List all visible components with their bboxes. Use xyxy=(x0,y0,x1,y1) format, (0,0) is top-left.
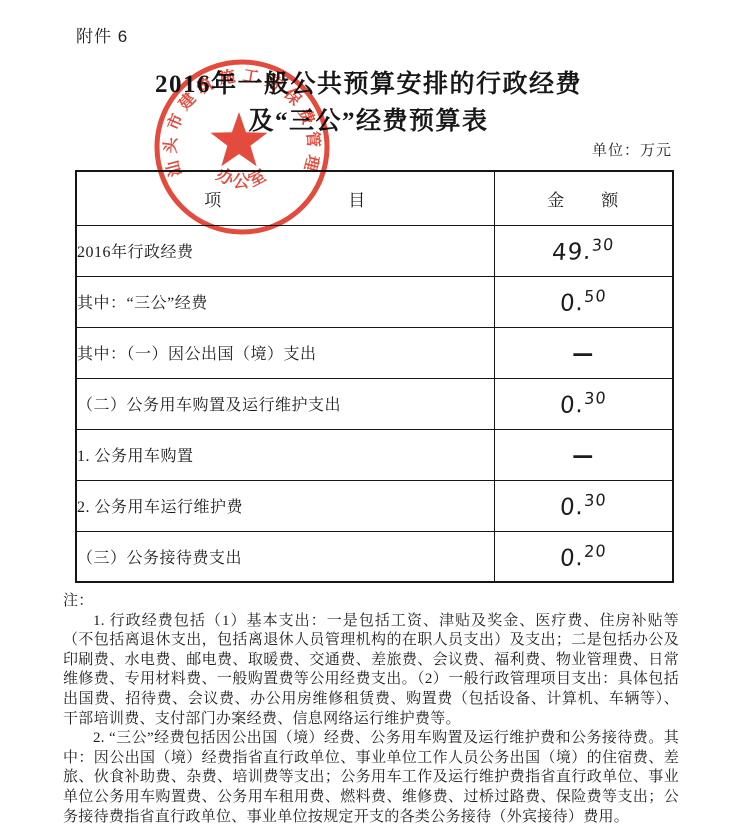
notes-section: 注： 1. 行政经费包括（1）基本支出：一是包括工资、津贴及奖金、医疗费、住房补… xyxy=(63,592,679,827)
document-title-line1: 2016年一般公共预算安排的行政经费 xyxy=(0,66,737,103)
row-label: 其中：“三公”经费 xyxy=(76,276,494,327)
row-amount: — xyxy=(494,429,673,480)
row-label: 其中：（一）因公出国（境）支出 xyxy=(76,327,494,378)
row-amount: — xyxy=(494,327,673,378)
table-row: 其中：（一）因公出国（境）支出 — xyxy=(76,327,673,378)
table-row: 1. 公务用车购置 — xyxy=(76,429,673,480)
row-label: 2016年行政经费 xyxy=(76,225,494,276)
table-header-amount: 金 额 xyxy=(494,171,673,225)
row-amount: 0.20 xyxy=(494,531,673,582)
notes-label: 注： xyxy=(63,592,679,612)
table-row: 2016年行政经费 49.30 xyxy=(76,225,673,276)
row-label: 1. 公务用车购置 xyxy=(76,429,494,480)
table-header-item: 项 目 xyxy=(76,171,494,225)
table-row: （三）公务接待费支出 0.20 xyxy=(76,531,673,582)
document-page: 附件 6 2016年一般公共预算安排的行政经费 及“三公”经费预算表 单位：万元… xyxy=(0,0,737,834)
row-label: 2. 公务用车运行维护费 xyxy=(76,480,494,531)
document-title-line2: 及“三公”经费预算表 xyxy=(0,103,737,140)
table-row: （二）公务用车购置及运行维护支出 0.30 xyxy=(76,378,673,429)
note-paragraph-1: 1. 行政经费包括（1）基本支出：一是包括工资、津贴及奖金、医疗费、住房补贴等（… xyxy=(63,612,679,730)
table-row: 2. 公务用车运行维护费 0.30 xyxy=(76,480,673,531)
row-label: （三）公务接待费支出 xyxy=(76,531,494,582)
table-row: 其中：“三公”经费 0.50 xyxy=(76,276,673,327)
unit-label: 单位：万元 xyxy=(75,139,672,160)
row-amount: 49.30 xyxy=(494,225,673,276)
row-amount: 0.50 xyxy=(494,276,673,327)
row-label: （二）公务用车购置及运行维护支出 xyxy=(76,378,494,429)
attachment-label: 附件 6 xyxy=(76,22,128,47)
row-amount: 0.30 xyxy=(494,378,673,429)
row-amount: 0.30 xyxy=(494,480,673,531)
note-paragraph-2: 2. “三公”经费包括因公出国（境）经费、公务用车购置及运行维护费和公务接待费。… xyxy=(63,729,679,827)
document-title: 2016年一般公共预算安排的行政经费 及“三公”经费预算表 xyxy=(0,66,737,140)
budget-table: 项 目 金 额 2016年行政经费 49.30 其中：“三公”经费 0.50 其… xyxy=(75,170,674,583)
table-header-row: 项 目 金 额 xyxy=(76,171,673,225)
